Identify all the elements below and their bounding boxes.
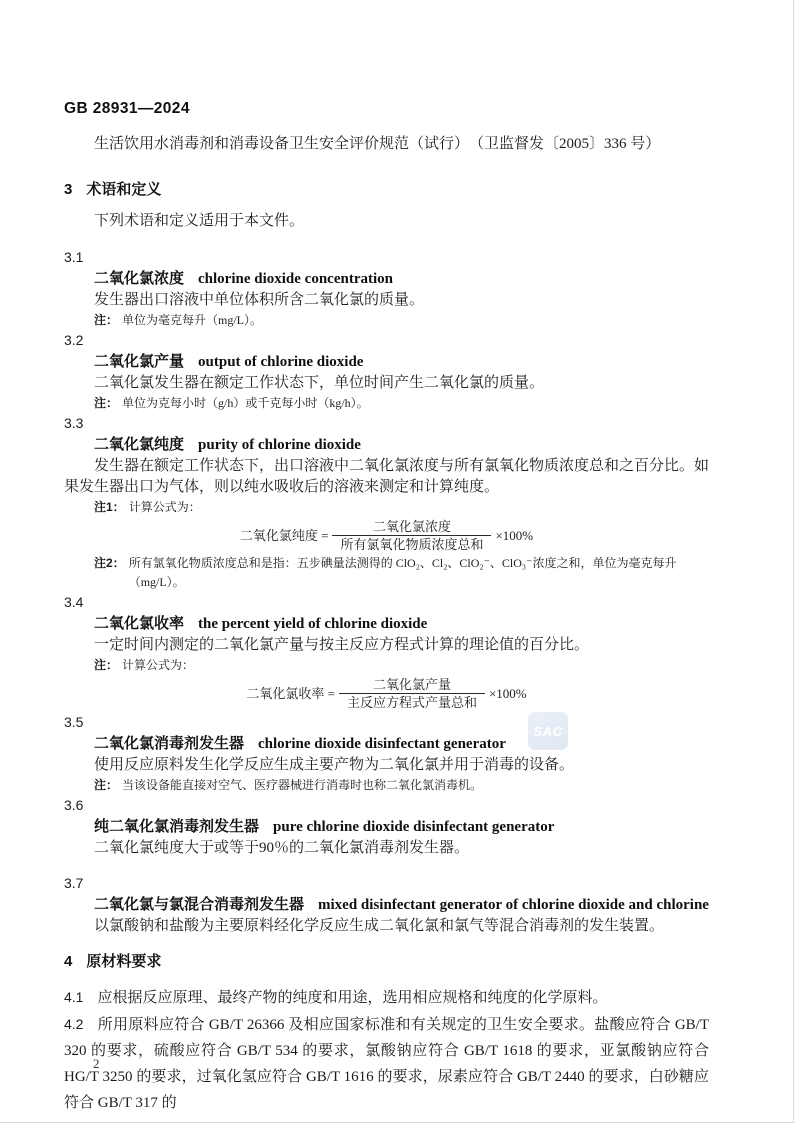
doc-code: GB 28931—2024	[64, 98, 709, 119]
term-definition: 使用反应原料发生化学反应生成主要产物为二氧化氯并用于消毒的设备。	[64, 755, 709, 776]
term-definition: 二氧化氯纯度大于或等于90％的二氧化氯消毒剂发生器。	[64, 838, 709, 859]
section3-title: 术语和定义	[86, 181, 161, 198]
term-name-en: purity of chlorine dioxide	[198, 437, 361, 453]
section4-title: 原材料要求	[86, 953, 161, 970]
term-definition: 以氯酸钠和盐酸为主要原料经化学反应生成二氧化氯和氯气等混合消毒剂的发生装置。	[64, 916, 709, 937]
section4-number: 4	[64, 953, 72, 970]
formula-lhs: 二氧化氯收率 =	[246, 686, 335, 701]
term-name-zh: 二氧化氯纯度	[94, 436, 184, 453]
term-block-3-5: 3.5 二氧化氯消毒剂发生器chlorine dioxide disinfect…	[64, 712, 709, 795]
document-page: GB 28931—2024 生活饮用水消毒剂和消毒设备卫生安全评价规范（试行） …	[0, 0, 794, 1123]
term-note: 注： 当该设备能直接对空气、医疗器械进行消毒时也称二氧化氯消毒机。	[64, 776, 709, 795]
clause-text: 应根据反应原理、最终产物的纯度和用途，选用相应规格和纯度的化学原料。	[97, 990, 607, 1006]
term-note-2: 注2： 所有氯氧化物质浓度总和是指：五步碘量法测得的 ClO₂、Cl₂、ClO₂…	[64, 554, 709, 592]
section3-heading: 3术语和定义	[64, 179, 709, 200]
formula-multiplier: ×100%	[495, 528, 533, 543]
term-name-zh: 二氧化氯与氯混合消毒剂发生器	[94, 896, 304, 913]
term-name-zh: 纯二氧化氯消毒剂发生器	[94, 818, 259, 835]
note-text: 计算公式为：	[129, 498, 201, 517]
clause-number: 3.1	[64, 247, 709, 268]
clause-number: 3.5	[64, 712, 709, 733]
term-name-zh: 二氧化氯收率	[94, 615, 184, 632]
note-label: 注：	[94, 776, 118, 795]
yield-formula: 二氧化氯收率 = 二氧化氯产量 主反应方程式产量总和 ×100%	[64, 677, 709, 710]
sac-watermark: SAC	[528, 712, 568, 750]
term-block-3-4: 3.4 二氧化氯收率the percent yield of chlorine …	[64, 592, 709, 710]
term-name-en: output of chlorine dioxide	[198, 354, 363, 370]
term-name-en: chlorine dioxide disinfectant generator	[258, 736, 506, 752]
term-name-zh: 二氧化氯消毒剂发生器	[94, 735, 244, 752]
clause-number: 3.2	[64, 330, 709, 351]
note-text: 当该设备能直接对空气、医疗器械进行消毒时也称二氧化氯消毒机。	[122, 776, 482, 795]
clause-number: 3.4	[64, 592, 709, 613]
fraction-denominator: 主反应方程式产量总和	[339, 693, 485, 710]
page-number: 2	[93, 1056, 100, 1072]
term-block-3-6: 3.6 纯二氧化氯消毒剂发生器pure chlorine dioxide dis…	[64, 795, 709, 859]
term-note: 注： 单位为毫克每升（mg/L）。	[64, 311, 709, 330]
formula-fraction: 二氧化氯产量 主反应方程式产量总和	[339, 677, 485, 710]
clause-number: 4.2	[64, 1016, 83, 1032]
term-block-3-3: 3.3 二氧化氯纯度purity of chlorine dioxide 发生器…	[64, 413, 709, 592]
term-heading: 二氧化氯与氯混合消毒剂发生器mixed disinfectant generat…	[64, 894, 709, 916]
term-heading: 二氧化氯消毒剂发生器chlorine dioxide disinfectant …	[64, 733, 709, 755]
clause-number: 3.6	[64, 795, 709, 816]
note-label: 注：	[94, 394, 118, 413]
formula-fraction: 二氧化氯浓度 所有氯氧化物质浓度总和	[332, 519, 491, 552]
term-heading: 二氧化氯纯度purity of chlorine dioxide	[64, 434, 709, 456]
term-note: 注： 计算公式为：	[64, 656, 709, 675]
fraction-numerator: 二氧化氯浓度	[332, 519, 491, 535]
term-name-en: chlorine dioxide concentration	[198, 271, 393, 287]
clause-number: 3.7	[64, 873, 709, 894]
section4-heading: 4原材料要求	[64, 951, 709, 972]
reference-line: 生活饮用水消毒剂和消毒设备卫生安全评价规范（试行） （卫监督发〔2005〕336…	[64, 134, 709, 155]
term-name-zh: 二氧化氯产量	[94, 353, 184, 370]
term-note-1: 注1： 计算公式为：	[64, 498, 709, 517]
note-text: 单位为克每小时（g/h）或千克每小时（kg/h）。	[122, 394, 369, 413]
term-definition: 发生器在额定工作状态下，出口溶液中二氧化氯浓度与所有氯氧化物质浓度总和之百分比。…	[64, 456, 709, 498]
term-heading: 二氧化氯浓度chlorine dioxide concentration	[64, 268, 709, 290]
term-definition: 发生器出口溶液中单位体积所含二氧化氯的质量。	[64, 290, 709, 311]
term-heading: 二氧化氯收率the percent yield of chlorine diox…	[64, 613, 709, 635]
note-label: 注：	[94, 656, 118, 675]
clause-4-2: 4.2所用原料应符合 GB/T 26366 及相应国家标准和有关规定的卫生安全要…	[64, 1011, 709, 1116]
term-name-en: mixed disinfectant generator of chlorine…	[318, 897, 709, 913]
term-heading: 纯二氧化氯消毒剂发生器pure chlorine dioxide disinfe…	[64, 816, 709, 838]
term-block-3-2: 3.2 二氧化氯产量output of chlorine dioxide 二氧化…	[64, 330, 709, 413]
clause-4-1: 4.1应根据反应原理、最终产物的纯度和用途，选用相应规格和纯度的化学原料。	[64, 984, 709, 1011]
note-text: 单位为毫克每升（mg/L）。	[122, 311, 262, 330]
section3-lead: 下列术语和定义适用于本文件。	[64, 211, 709, 232]
note-text: 计算公式为：	[122, 656, 194, 675]
clause-text: 所用原料应符合 GB/T 26366 及相应国家标准和有关规定的卫生安全要求。盐…	[64, 1017, 709, 1111]
clause-number: 4.1	[64, 989, 83, 1005]
term-definition: 一定时间内测定的二氧化氯产量与按主反应方程式计算的理论值的百分比。	[64, 635, 709, 656]
clause-number: 3.3	[64, 413, 709, 434]
fraction-numerator: 二氧化氯产量	[339, 677, 485, 693]
term-heading: 二氧化氯产量output of chlorine dioxide	[64, 351, 709, 373]
section3-number: 3	[64, 181, 72, 198]
note-label: 注：	[94, 311, 118, 330]
formula-multiplier: ×100%	[489, 686, 527, 701]
term-name-en: the percent yield of chlorine dioxide	[198, 616, 427, 632]
term-block-3-1: 3.1 二氧化氯浓度chlorine dioxide concentration…	[64, 247, 709, 330]
note-text: 所有氯氧化物质浓度总和是指：五步碘量法测得的 ClO₂、Cl₂、ClO₂⁻、Cl…	[129, 554, 709, 592]
term-name-zh: 二氧化氯浓度	[94, 270, 184, 287]
purity-formula: 二氧化氯纯度 = 二氧化氯浓度 所有氯氧化物质浓度总和 ×100%	[64, 519, 709, 552]
term-note: 注： 单位为克每小时（g/h）或千克每小时（kg/h）。	[64, 394, 709, 413]
term-definition: 二氧化氯发生器在额定工作状态下，单位时间产生二氧化氯的质量。	[64, 373, 709, 394]
note-label: 注1：	[94, 498, 125, 517]
formula-lhs: 二氧化氯纯度 =	[240, 528, 329, 543]
term-name-en: pure chlorine dioxide disinfectant gener…	[273, 819, 554, 835]
note-label: 注2：	[94, 554, 125, 573]
fraction-denominator: 所有氯氧化物质浓度总和	[332, 535, 491, 552]
term-block-3-7: 3.7 二氧化氯与氯混合消毒剂发生器mixed disinfectant gen…	[64, 873, 709, 937]
